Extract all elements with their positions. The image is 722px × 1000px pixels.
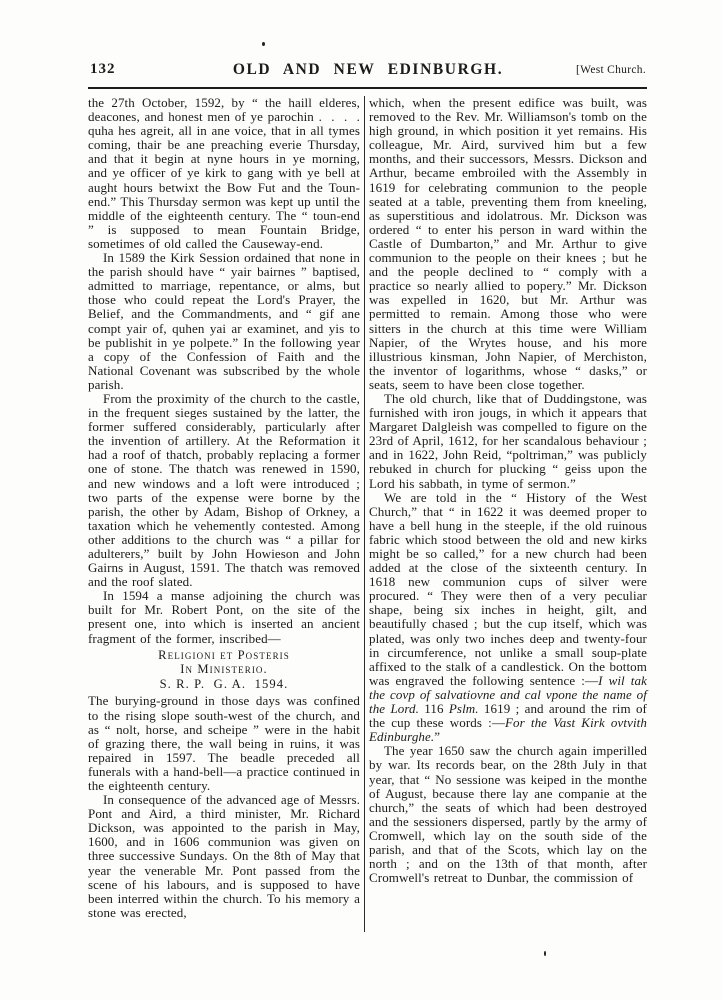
- text-run: The burying-ground in those days was con…: [88, 693, 360, 793]
- text-run: From the proximity of the church to the …: [88, 391, 360, 589]
- paragraph: In 1589 the Kirk Session ordained that n…: [88, 251, 360, 392]
- text-columns: the 27th October, 1592, by “ the haill e…: [88, 96, 647, 932]
- text-run: ”: [434, 729, 440, 744]
- paragraph: which, when the present edifice was buil…: [369, 96, 647, 392]
- text-run: In 1589 the Kirk Session ordained that n…: [88, 250, 360, 392]
- text-run: In 1594 a manse adjoining the church was…: [88, 588, 360, 645]
- paragraph: We are told in the “ History of the West…: [369, 491, 647, 745]
- left-column: the 27th October, 1592, by “ the haill e…: [88, 96, 360, 920]
- book-page: 132 OLD AND NEW EDINBURGH. [West Church.…: [0, 0, 722, 1000]
- text-run: The old church, like that of Duddingston…: [369, 391, 647, 491]
- text-run: The year 1650 saw the church again imper…: [369, 743, 647, 885]
- inscription-line: Religioni et Posteris: [88, 648, 360, 663]
- inscription-line: S. R. P. G. A. 1594.: [88, 677, 360, 692]
- paragraph: In consequence of the advanced age of Me…: [88, 793, 360, 920]
- running-head-section: [West Church.: [576, 64, 646, 76]
- header-rule: [88, 87, 647, 89]
- inscription-line: In Ministerio.: [88, 662, 360, 677]
- column-divider: [364, 96, 365, 932]
- right-column: which, when the present edifice was buil…: [369, 96, 647, 885]
- text-run: which, when the present edifice was buil…: [369, 95, 647, 392]
- page-number: 132: [90, 61, 116, 78]
- scan-speck: [262, 42, 265, 46]
- inscription: Religioni et PosterisIn Ministerio.S. R.…: [88, 648, 360, 692]
- text-run: We are told in the “ History of the West…: [369, 490, 647, 688]
- text-run: the 27th October, 1592, by “ the haill e…: [88, 95, 360, 251]
- paragraph: From the proximity of the church to the …: [88, 392, 360, 589]
- paragraph: The year 1650 saw the church again imper…: [369, 744, 647, 885]
- paragraph: the 27th October, 1592, by “ the haill e…: [88, 96, 360, 251]
- page-title: OLD AND NEW EDINBURGH.: [233, 61, 503, 79]
- text-run: 116: [419, 701, 449, 716]
- paragraph: The burying-ground in those days was con…: [88, 694, 360, 793]
- italic-text-run: Pslm.: [449, 701, 479, 716]
- text-run: In consequence of the advanced age of Me…: [88, 792, 360, 920]
- running-header: 132 OLD AND NEW EDINBURGH. [West Church.: [90, 61, 646, 81]
- scan-speck: [544, 951, 546, 956]
- paragraph: In 1594 a manse adjoining the church was…: [88, 589, 360, 645]
- paragraph: The old church, like that of Duddingston…: [369, 392, 647, 491]
